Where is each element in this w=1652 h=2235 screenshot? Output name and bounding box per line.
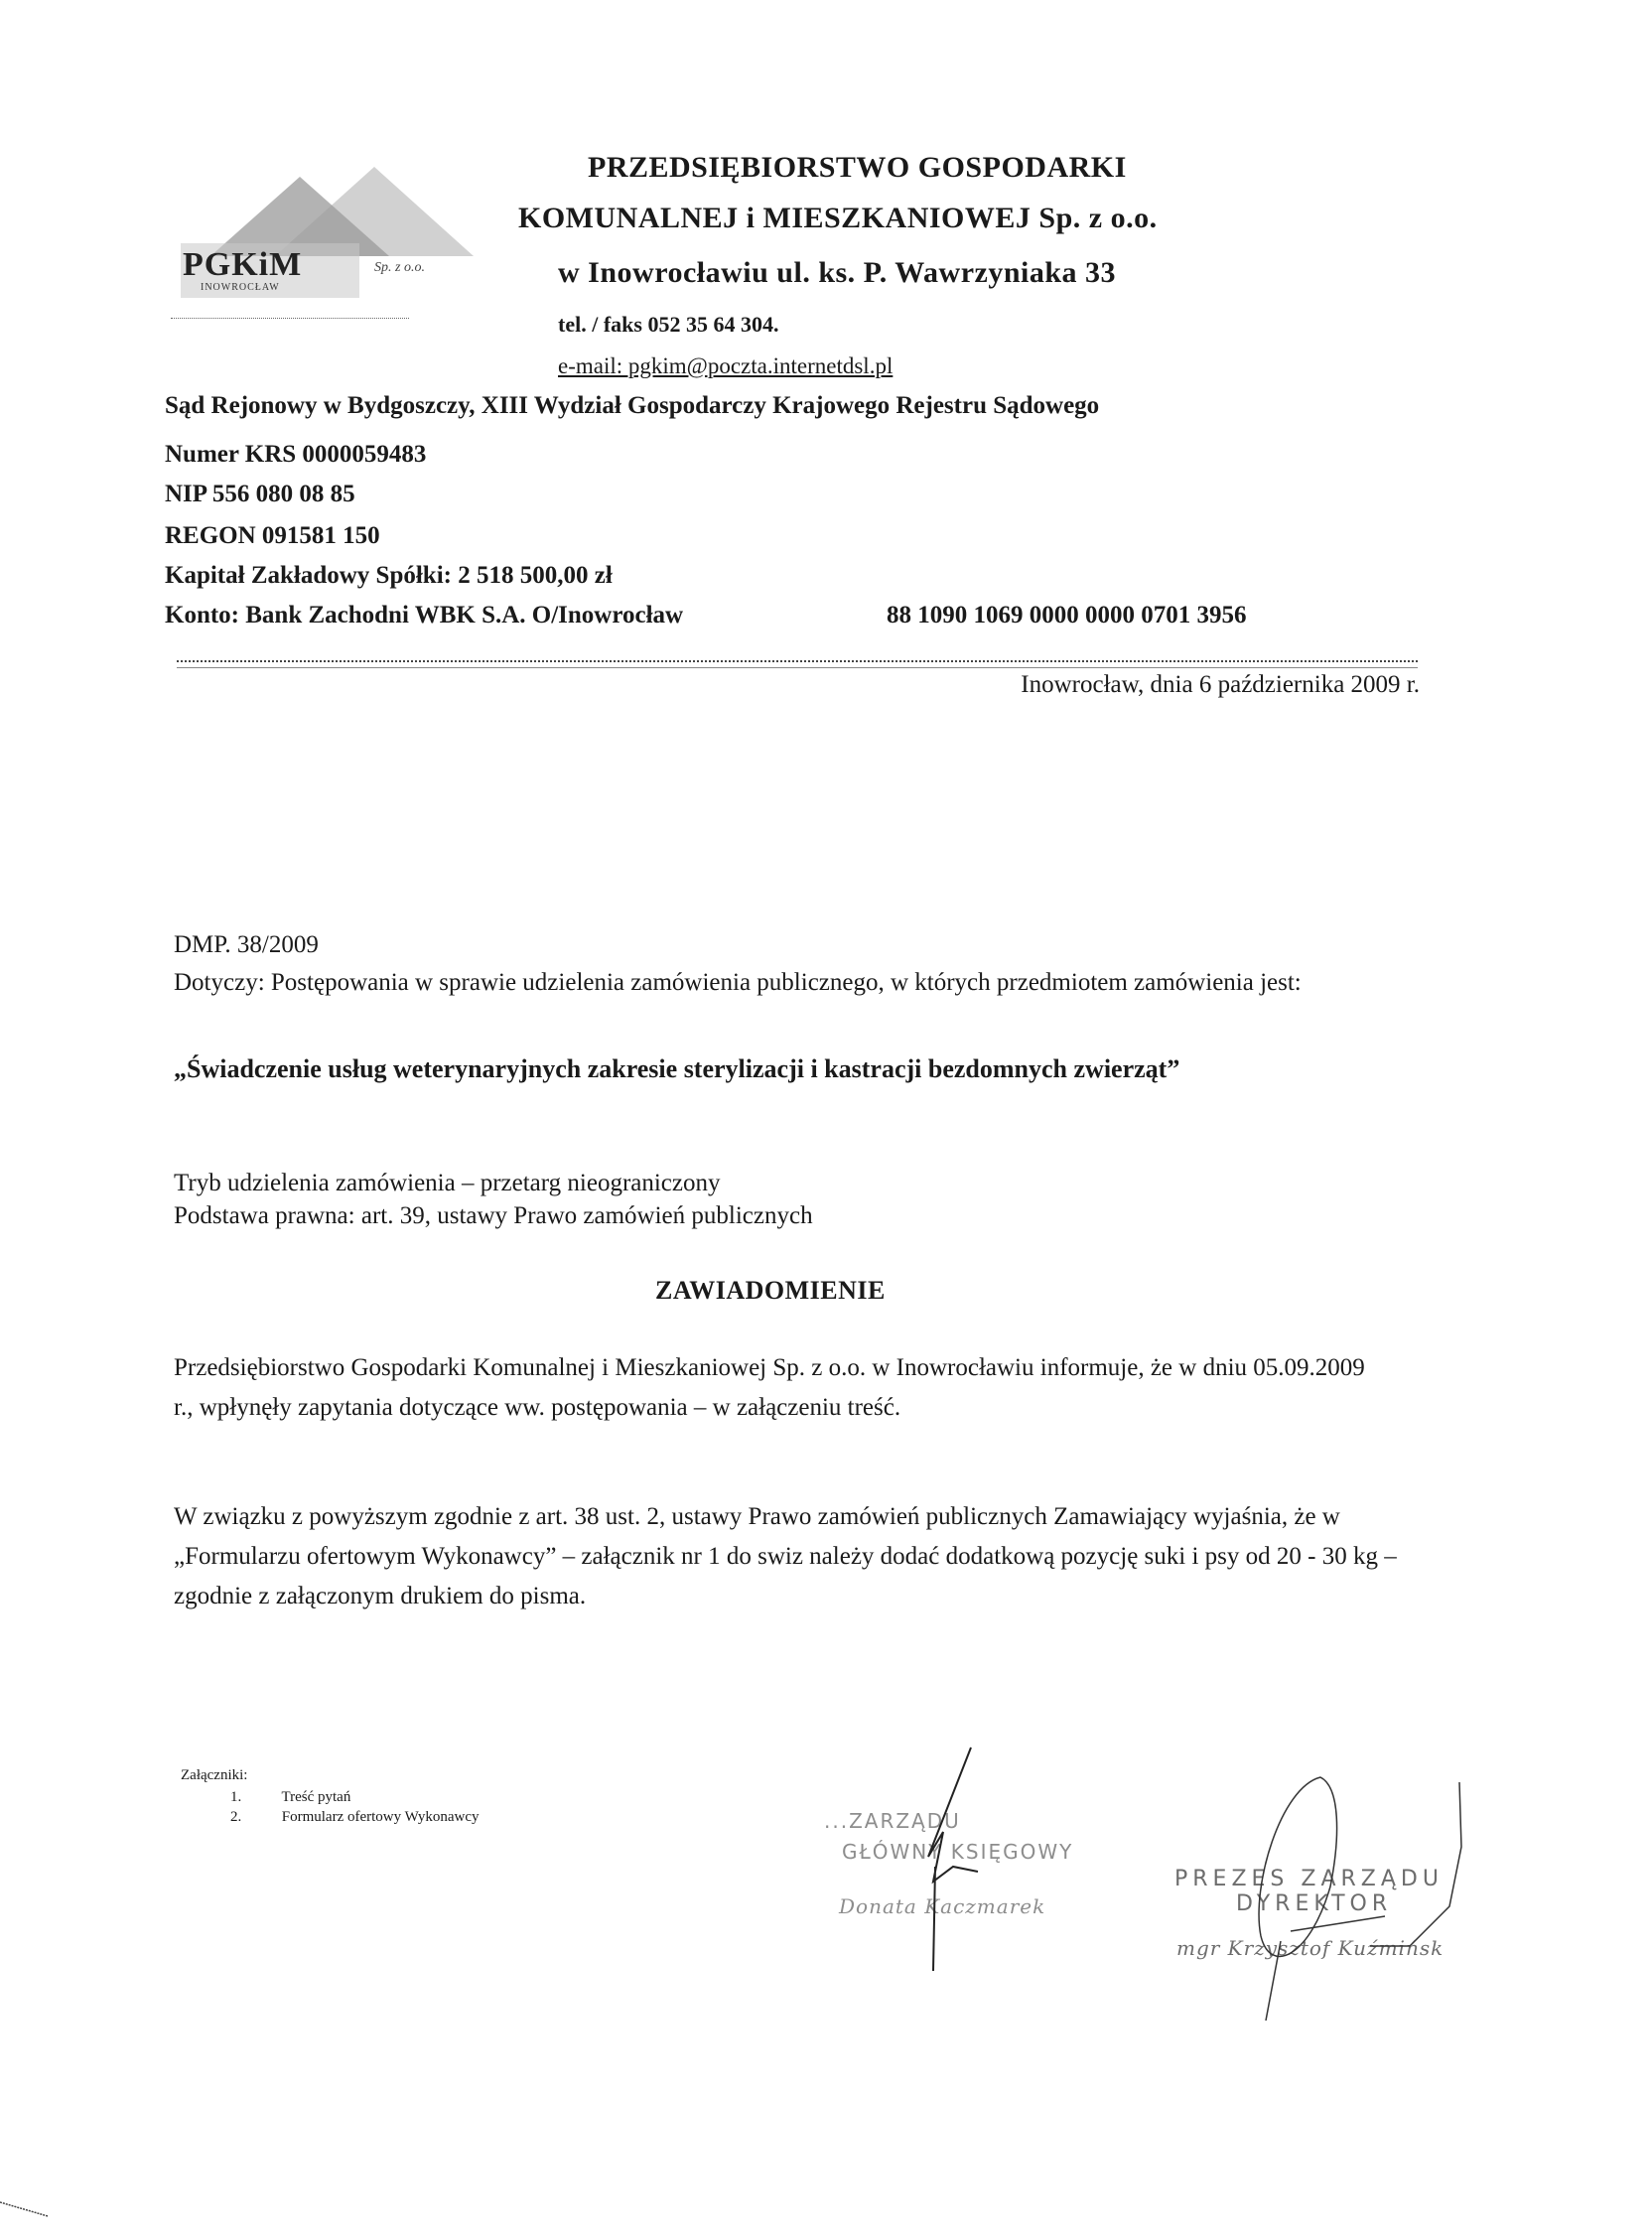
logo-divider	[171, 318, 409, 319]
stamp-1-line2: GŁÓWNY KSIĘGOWY	[842, 1840, 1073, 1864]
document-title: ZAWIADOMIENIE	[655, 1276, 886, 1306]
company-phone: tel. / faks 052 35 64 304.	[558, 312, 778, 338]
company-logo: PGKiM Sp. z o.o. INOWROCŁAW	[171, 149, 429, 318]
reference-number: DMP. 38/2009	[174, 931, 319, 959]
court-registration: Sąd Rejonowy w Bydgoszczy, XIII Wydział …	[165, 392, 1099, 420]
stamp-2-name: mgr Krzysztof Kuźmińsk	[1176, 1936, 1444, 1960]
regon-number: REGON 091581 150	[165, 522, 380, 550]
header-divider	[177, 660, 1418, 662]
stamp-1-name: Donata Kaczmarek	[839, 1894, 1045, 1918]
bank-account-number: 88 1090 1069 0000 0000 0701 3956	[887, 602, 1247, 629]
legal-basis: Podstawa prawna: art. 39, ustawy Prawo z…	[174, 1202, 813, 1230]
body-paragraph-2: W związku z powyższym zgodnie z art. 38 …	[174, 1497, 1425, 1616]
stamp-1-line1: ...ZARZĄDU	[824, 1809, 961, 1833]
company-name-line1: PRZEDSIĘBIORSTWO GOSPODARKI	[588, 151, 1127, 185]
attachment-item: 2. Formularz ofertowy Wykonawcy	[230, 1807, 480, 1827]
stamp-2-line2: DYREKTOR	[1236, 1891, 1392, 1916]
attachment-number: 1.	[230, 1787, 278, 1807]
logo-name: PGKiM	[183, 246, 302, 284]
logo-legal-form: Sp. z o.o.	[374, 260, 425, 276]
attachments-label: Załączniki:	[181, 1767, 247, 1784]
body-paragraph-1: Przedsiębiorstwo Gospodarki Komunalnej i…	[174, 1348, 1385, 1428]
concerning-text: Dotyczy: Postępowania w sprawie udzielen…	[174, 963, 1420, 1003]
attachment-item: 1. Treść pytań	[230, 1787, 480, 1807]
attachment-text: Formularz ofertowy Wykonawcy	[282, 1809, 480, 1825]
bank-name: Konto: Bank Zachodni WBK S.A. O/Inowrocł…	[165, 602, 683, 629]
handwritten-signatures-icon	[0, 0, 1652, 2235]
header-divider-underline	[177, 667, 1418, 668]
letter-date: Inowrocław, dnia 6 października 2009 r.	[1021, 671, 1420, 699]
attachment-text: Treść pytań	[281, 1789, 350, 1805]
krs-number: Numer KRS 0000059483	[165, 441, 426, 469]
company-email-link[interactable]: e-mail: pgkim@poczta.internetdsl.pl	[558, 353, 893, 379]
attachment-number: 2.	[230, 1807, 278, 1827]
stamp-2-line1: PREZES ZARZĄDU	[1174, 1867, 1444, 1891]
attachments-list: 1. Treść pytań 2. Formularz ofertowy Wyk…	[230, 1787, 480, 1827]
logo-city: INOWROCŁAW	[201, 282, 280, 293]
company-address: w Inowrocławiu ul. ks. P. Wawrzyniaka 33	[558, 256, 1116, 290]
procedure-mode: Tryb udzielenia zamówienia – przetarg ni…	[174, 1170, 721, 1197]
procurement-subject: „Świadczenie usług weterynaryjnych zakre…	[174, 1048, 1365, 1090]
company-name-line2: KOMUNALNEJ i MIESZKANIOWEJ Sp. z o.o.	[518, 202, 1158, 235]
share-capital: Kapitał Zakładowy Spółki: 2 518 500,00 z…	[165, 562, 613, 590]
nip-number: NIP 556 080 08 85	[165, 481, 355, 508]
scan-artifact	[0, 2202, 48, 2216]
